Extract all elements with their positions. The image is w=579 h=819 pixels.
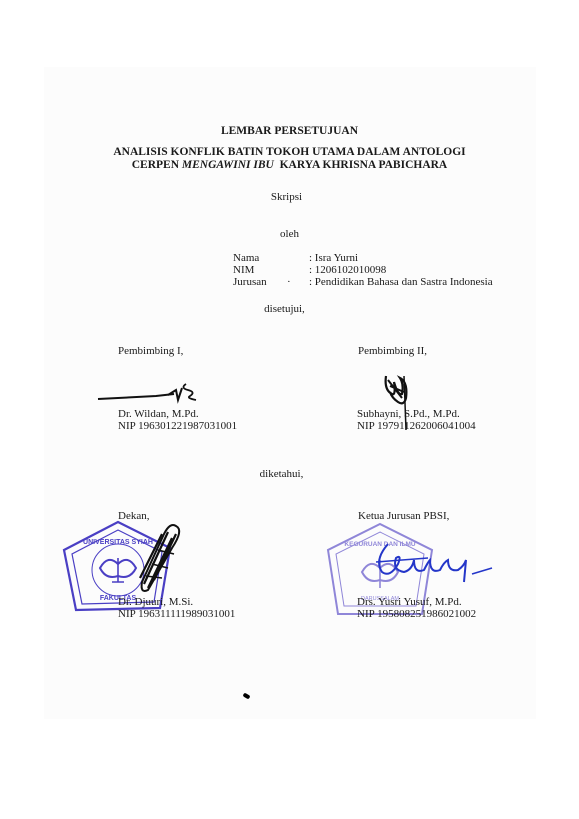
thesis-title-line-1: ANALISIS KONFLIK BATIN TOKOH UTAMA DALAM… — [0, 146, 579, 159]
document-title: LEMBAR PERSETUJUAN — [0, 125, 579, 138]
official-2-nip: NIP 195808251986021002 — [357, 608, 476, 621]
advisor-2-nip: NIP 197911262006041004 — [357, 420, 476, 433]
thesis-title: ANALISIS KONFLIK BATIN TOKOH UTAMA DALAM… — [0, 146, 579, 172]
acknowledged-label: diketahui, — [0, 468, 571, 481]
thesis-title-italic: MENGAWINI IBU — [182, 159, 274, 171]
advisor-1-role: Pembimbing I, — [118, 345, 183, 358]
official-1-nip: NIP 196311111989031001 — [118, 608, 235, 621]
document-type: Skripsi — [0, 191, 576, 204]
by-label: oleh — [0, 228, 579, 241]
approved-label: disetujui, — [0, 303, 574, 316]
thesis-title-prefix: CERPEN — [132, 159, 182, 171]
official-2-signature — [368, 540, 498, 592]
field-value-jurusan: : Pendidikan Bahasa dan Sastra Indonesia — [309, 276, 493, 289]
advisor-1-nip: NIP 196301221987031001 — [118, 420, 237, 433]
stray-mark: · — [287, 276, 291, 289]
advisor-2-role: Pembimbing II, — [358, 345, 427, 358]
field-label-jurusan: Jurusan — [233, 276, 267, 289]
official-1-signature — [118, 520, 188, 596]
thesis-title-line-2: CERPEN MENGAWINI IBU KARYA KHRISNA PABIC… — [0, 159, 579, 172]
advisor-1-signature — [96, 378, 206, 406]
thesis-title-suffix: KARYA KHRISNA PABICHARA — [274, 159, 447, 171]
